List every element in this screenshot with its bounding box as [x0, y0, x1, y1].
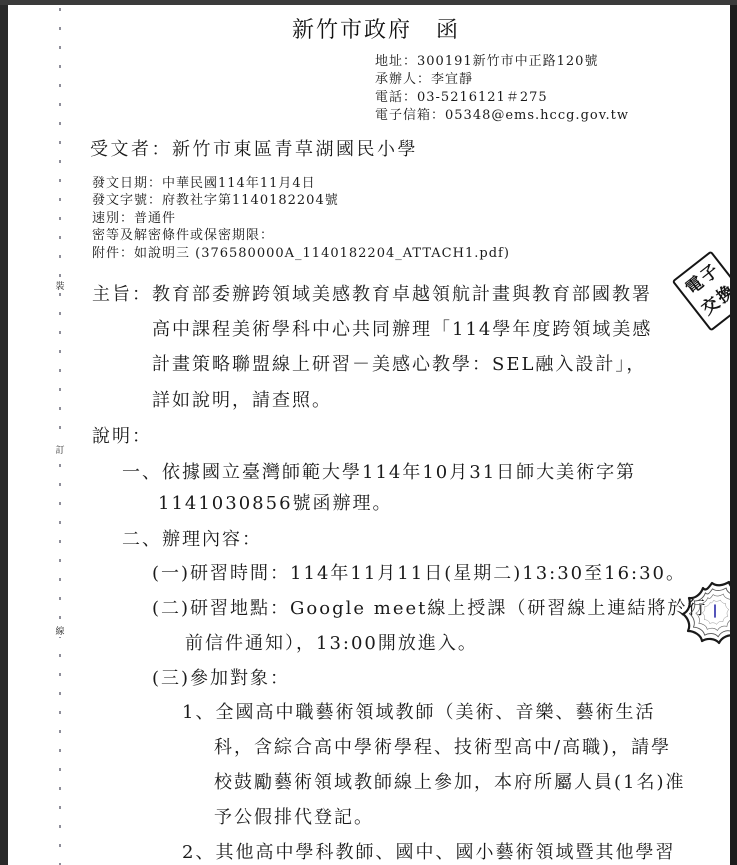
recipient-line: 受文者：新竹市東區青草湖國民小學 — [90, 135, 418, 161]
subject-line: 教育部委辦跨領域美感教育卓越領航計畫與教育部國教署 — [152, 283, 652, 307]
explanation-line: (二)研習地點：Google meet線上授課（研習線上連結將於行 — [152, 597, 707, 621]
explanation-line: 科，含綜合高中學術學程、技術型高中/高職)，請學 — [214, 736, 671, 760]
explanation-line: (一)研習時間：114年11月11日(星期二)13:30至16:30。 — [152, 562, 686, 586]
explanation-line: 校鼓勵藝術領域教師線上參加，本府所屬人員(1名)准 — [214, 771, 686, 795]
subject-line: 計畫策略聯盟線上研習－美感心教學：SEL融入設計」， — [152, 353, 646, 377]
subject-label: 主旨： — [92, 283, 152, 307]
electronic-exchange-stamp: 電子 交換 — [676, 251, 730, 327]
sender-contact-person: 承辦人：李宜靜 — [375, 68, 473, 87]
explanation-line: 1、全國高中職藝術領域教師（美術、音樂、藝術生活 — [182, 701, 655, 725]
explanation-line: 2、其他高中學科教師、國中、國小藝術領域暨其他學習 — [182, 841, 675, 865]
sender-email: 電子信箱：05348@ems.hccg.gov.tw — [375, 104, 629, 123]
decorative-seal-stamp — [674, 579, 730, 649]
meta-attachment: 附件：如說明三 (376580000A_1140182204_ATTACH1.p… — [92, 242, 510, 261]
document-page: 裝 訂 線 新竹市政府 函 地址：300191新竹市中正路120號 承辦人：李宜… — [8, 5, 730, 865]
binding-dotted-line — [59, 8, 61, 865]
explanation-line: (三)參加對象： — [152, 667, 290, 691]
subject-line: 高中課程美術學科中心共同辦理「114學年度跨領域美感 — [152, 318, 652, 342]
sender-address: 地址：300191新竹市中正路120號 — [375, 50, 598, 69]
meta-doc-number: 發文字號：府教社字第1140182204號 — [92, 189, 339, 208]
binding-mark-xian: 線 — [54, 624, 66, 637]
binding-mark-zhuang: 裝 — [54, 279, 66, 292]
explanation-line: 前信件通知），13:00開放進入。 — [185, 632, 478, 656]
binding-mark-ding: 訂 — [54, 443, 66, 456]
explanation-label: 說明： — [92, 425, 152, 449]
electronic-exchange-stamp-box: 電子 交換 — [672, 250, 730, 331]
subject-line: 詳如說明，請查照。 — [152, 389, 332, 413]
explanation-line: 予公假排代登記。 — [214, 806, 374, 830]
explanation-line: 二、辦理內容： — [122, 528, 262, 552]
sender-phone: 電話：03-5216121＃275 — [375, 86, 548, 105]
explanation-line: 一、依據國立臺灣師範大學114年10月31日師大美術字第 — [122, 461, 636, 485]
document-title: 新竹市政府 函 — [292, 13, 460, 44]
viewer-left-edge — [0, 5, 8, 865]
meta-security: 密等及解密條件或保密期限： — [92, 224, 274, 243]
viewer-right-edge — [730, 5, 737, 865]
explanation-line: 1141030856號函辦理。 — [158, 492, 393, 516]
